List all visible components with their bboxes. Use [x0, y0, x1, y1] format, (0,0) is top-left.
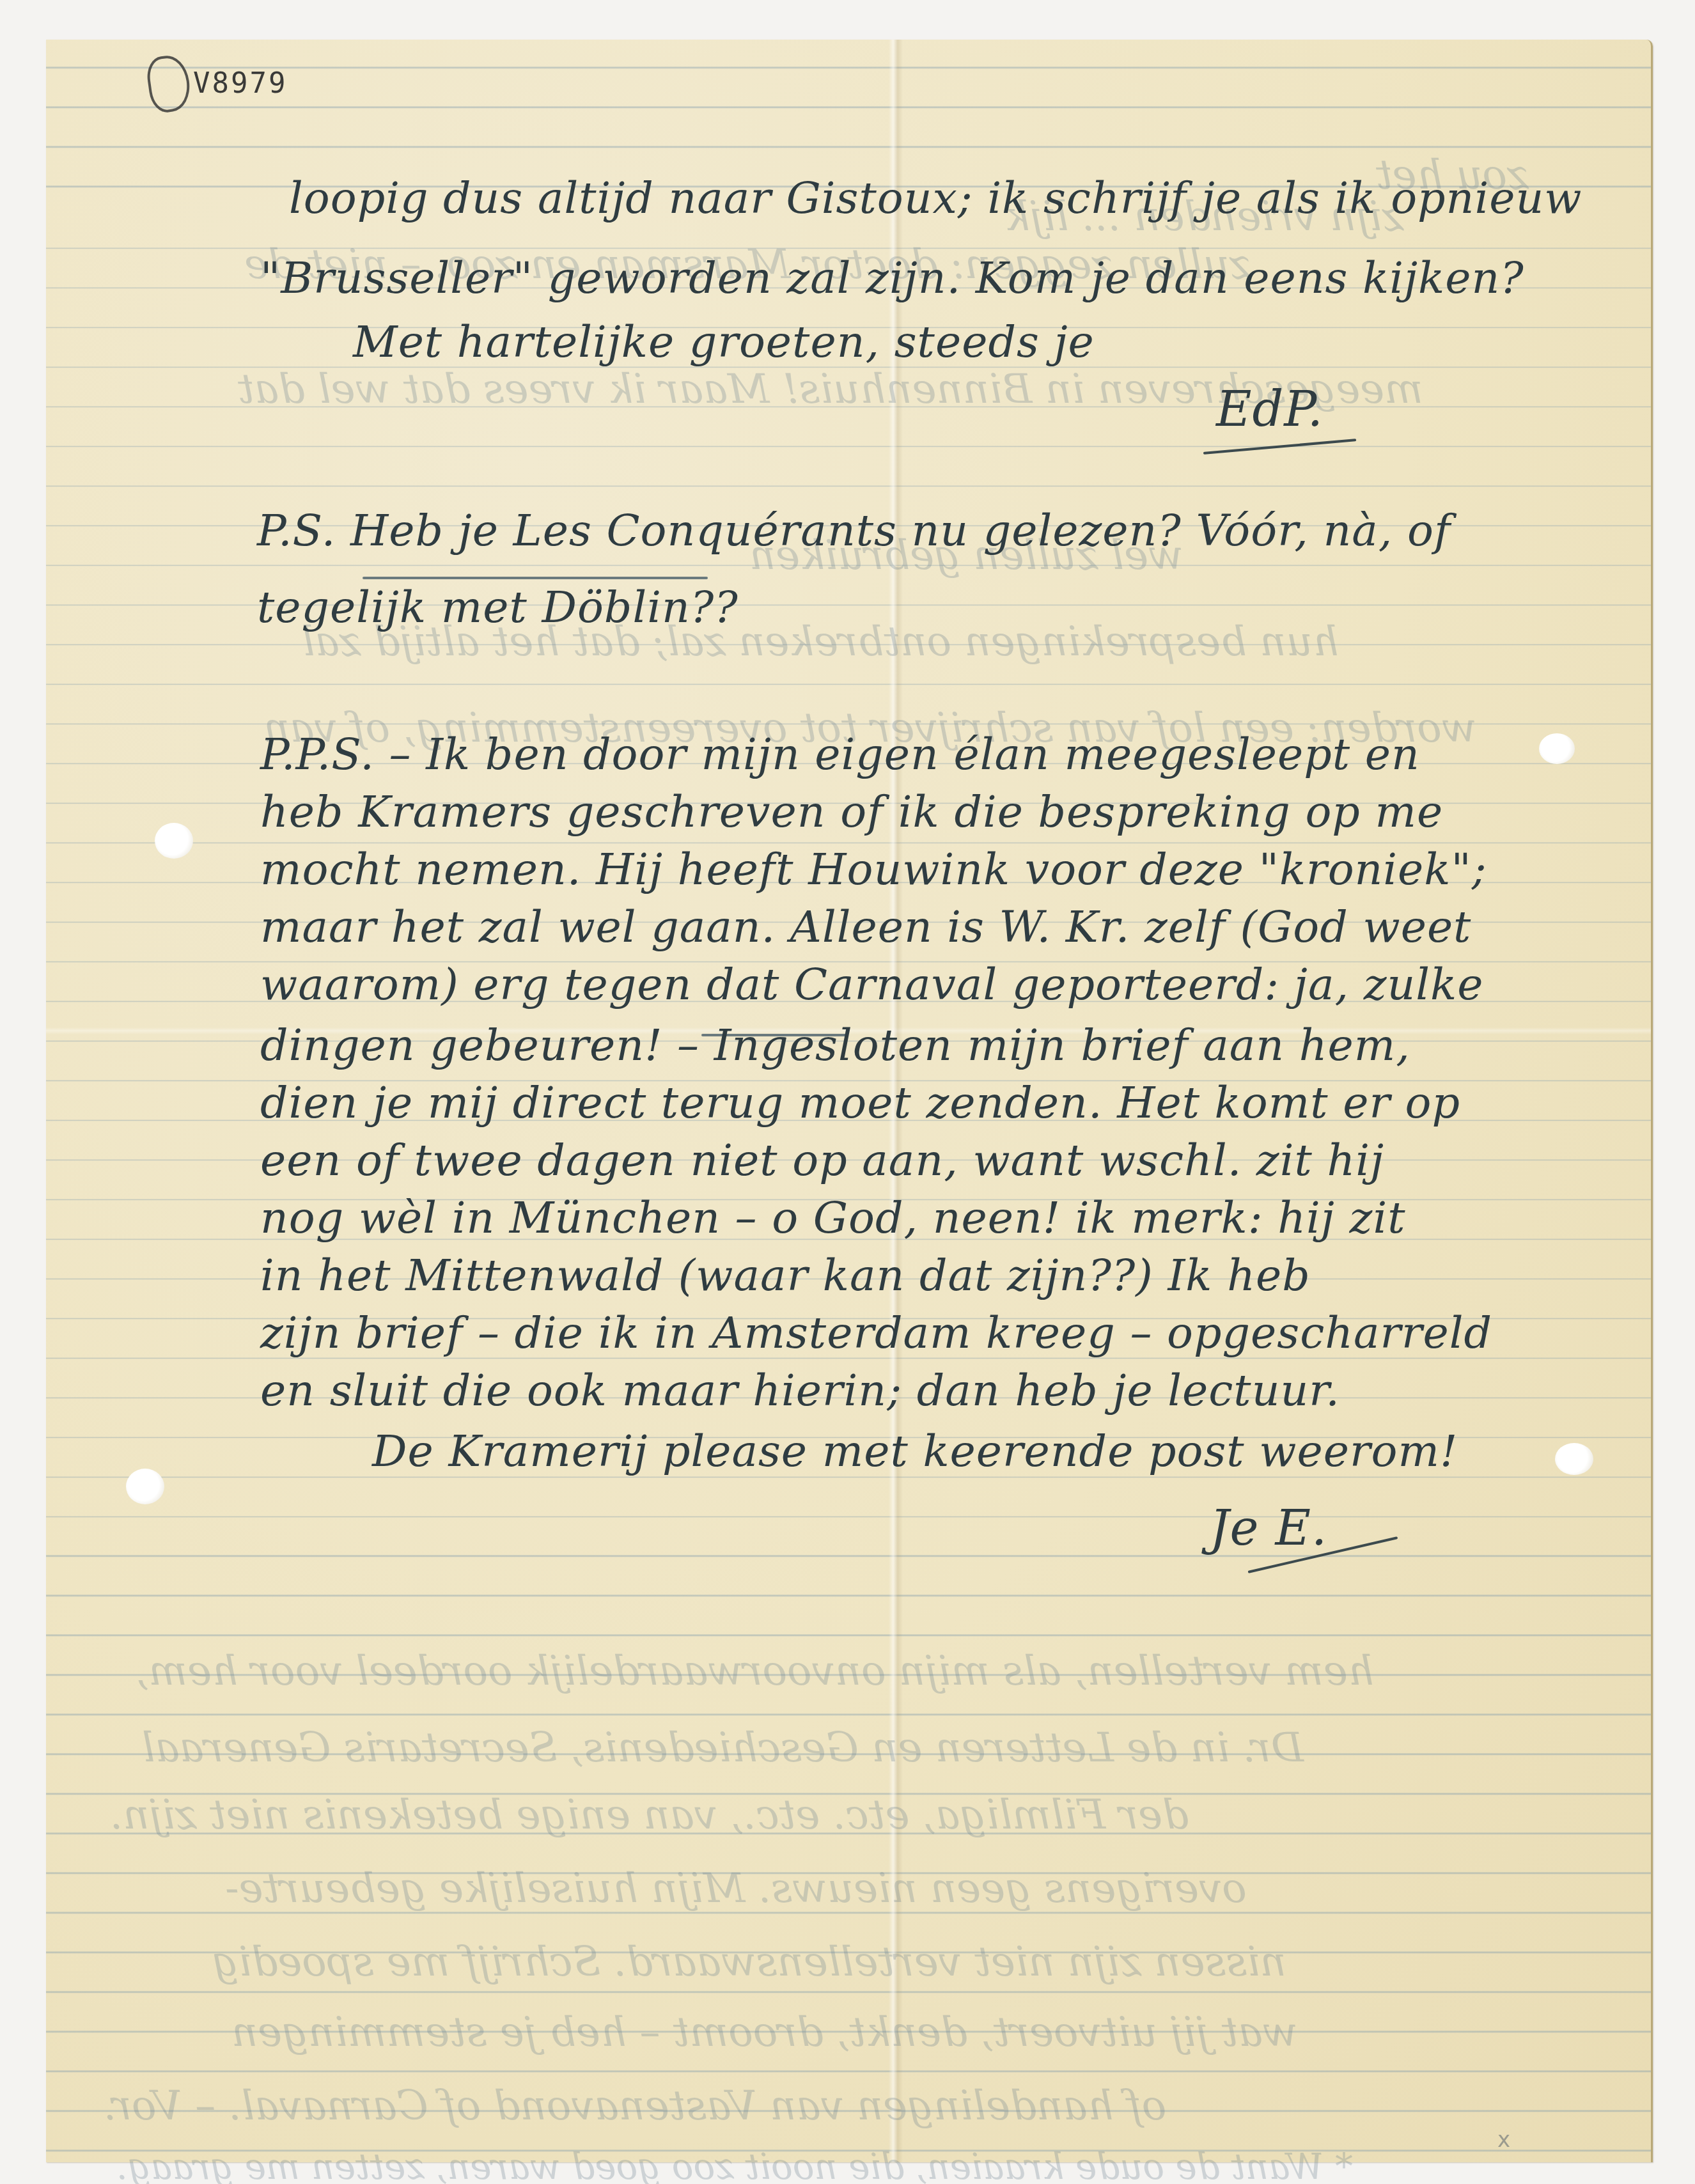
- archive-number: V8979: [193, 67, 287, 100]
- signature-je-e: Je E.: [1210, 1504, 1327, 1552]
- bleed-through-line: * Want de oude kraaien, die nooit zoo go…: [116, 2146, 1353, 2184]
- signature-flourish: [1203, 439, 1356, 455]
- ps-line: tegelijk met Döblin??: [257, 586, 738, 630]
- ps-line: P.S. Heb je Les Conquérants nu gelezen? …: [257, 510, 1451, 553]
- pps-line: een of twee dagen niet op aan, want wsch…: [260, 1139, 1384, 1183]
- pps-line: zijn brief – die ik in Amsterdam kreeg –…: [260, 1312, 1492, 1355]
- ps-text: P.S. Heb je Les Conquérants nu gelezen? …: [257, 506, 1451, 556]
- letter-line: loopig dus altijd naar Gistoux; ik schri…: [289, 177, 1582, 221]
- bleed-footnote-mark: x: [1497, 2127, 1510, 2153]
- title-underline: [363, 577, 708, 579]
- archive-stamp: V8979: [148, 56, 287, 112]
- pps-line: nog wèl in München – o God, neen! ik mer…: [260, 1197, 1405, 1240]
- bleed-through-line: overigens geen nieuws. Mijn huiselijke g…: [225, 1865, 1247, 1912]
- bleed-through-line: hem vertellen, als mijn onvoorwaardelijk…: [136, 1648, 1374, 1695]
- pps-line: De Kramerij please met keerende post wee…: [372, 1430, 1458, 1474]
- letter-sheet: V8979 zou het zijn vrienden ... lijk zul…: [46, 40, 1653, 2162]
- punch-hole-left-lower: [126, 1469, 164, 1504]
- bleed-through-line: of handelingen van Vastenavond of Carnav…: [104, 2082, 1166, 2130]
- punch-hole-right-lower: [1555, 1443, 1593, 1475]
- pps-line: maar het zal wel gaan. Alleen is W. Kr. …: [260, 906, 1471, 949]
- pps-line: dingen gebeuren! – Ingesloten mijn brief…: [260, 1024, 1410, 1068]
- punch-hole-right-upper: [1539, 733, 1575, 764]
- letter-line: Met hartelijke groeten, steeds je: [353, 321, 1095, 364]
- pps-line: in het Mittenwald (waar kan dat zijn??) …: [260, 1254, 1311, 1298]
- pps-line: P.P.S. – Ik ben door mijn eigen élan mee…: [260, 733, 1420, 777]
- archive-monogram-icon: [145, 53, 193, 114]
- pps-line: waarom) erg tegen dat Carnaval geporteer…: [260, 963, 1484, 1007]
- bleed-through-line: Dr. in de Letteren en Geschiedenis, Secr…: [142, 1724, 1304, 1772]
- pps-line: dien je mij direct terug moet zenden. He…: [260, 1082, 1460, 1125]
- pps-line: mocht nemen. Hij heeft Houwink voor deze…: [260, 848, 1487, 892]
- punch-hole-left-upper: [155, 823, 193, 859]
- letter-line: "Brusseller" geworden zal zijn. Kom je d…: [260, 257, 1524, 300]
- pps-line: en sluit die ook maar hierin; dan heb je…: [260, 1369, 1340, 1413]
- bleed-through-line: nissen zijn niet vertellenswaard. Schrij…: [212, 1938, 1286, 1986]
- signature-edp: EdP.: [1216, 385, 1324, 433]
- bleed-through-line: wat jij uitvoert, denkt, droomt – heb je…: [231, 2009, 1297, 2056]
- pps-line: heb Kramers geschreven of ik die besprek…: [260, 791, 1443, 834]
- bleed-through-line: der Filmliga, etc. etc., van enige betek…: [110, 1791, 1189, 1839]
